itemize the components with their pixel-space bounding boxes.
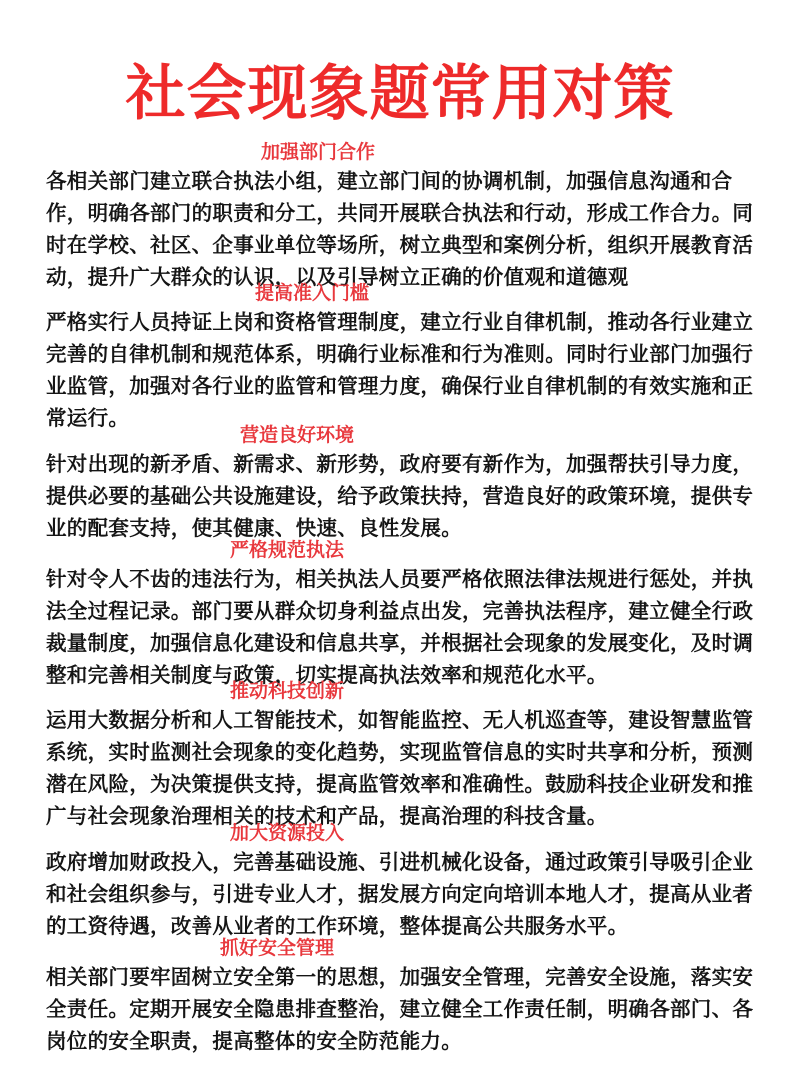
body-line: 系统，实时监测社会现象的变化趋势，实现监管信息的实时共享和分析，预测 xyxy=(46,736,746,768)
section-safety-management: 抓好安全管理 相关部门要牢固树立安全第一的思想，加强安全管理，完善安全设施，落实… xyxy=(46,935,746,1057)
body-line: 各相关部门建立联合执法小组，建立部门间的协调机制，加强信息沟通和合 xyxy=(46,165,746,197)
body-line: 和社会组织参与，引进专业人才，据发展方向定向培训本地人才，提高从业者 xyxy=(46,878,746,910)
body-line: 法全过程记录。部门要从群众切身利益点出发，完善执法程序，建立健全行政 xyxy=(46,595,746,627)
body-line: 完善的自律机制和规范体系，明确行业标准和行为准则。同时行业部门加强行 xyxy=(46,338,746,370)
body-line: 针对出现的新矛盾、新需求、新形势，政府要有新作为，加强帮扶引导力度， xyxy=(46,448,746,480)
body-line: 全责任。定期开展安全隐患排查整治，建立健全工作责任制，明确各部门、各 xyxy=(46,993,746,1025)
body-line: 提供必要的基础公共设施建设，给予政策扶持，营造良好的政策环境，提供专 xyxy=(46,480,746,512)
body-line: 相关部门要牢固树立安全第一的思想，加强安全管理，完善安全设施，落实安 xyxy=(46,961,746,993)
section-strict-enforcement: 严格规范执法 针对令人不齿的违法行为，相关执法人员要严格依照法律法规进行惩处，并… xyxy=(46,537,746,691)
body-line: 针对令人不齿的违法行为，相关执法人员要严格依照法律法规进行惩处，并执 xyxy=(46,563,746,595)
section-good-environment: 营造良好环境 针对出现的新矛盾、新需求、新形势，政府要有新作为，加强帮扶引导力度… xyxy=(46,422,746,544)
section-heading: 严格规范执法 xyxy=(230,537,800,563)
body-line: 严格实行人员持证上岗和资格管理制度，建立行业自律机制，推动各行业建立 xyxy=(46,306,746,338)
body-line: 岗位的安全职责，提高整体的安全防范能力。 xyxy=(46,1025,746,1057)
body-line: 政府增加财政投入，完善基础设施、引进机械化设备，通过政策引导吸引企业 xyxy=(46,846,746,878)
section-heading: 加强部门合作 xyxy=(261,139,800,165)
body-line: 作，明确各部门的职责和分工，共同开展联合执法和行动，形成工作合力。同 xyxy=(46,197,746,229)
body-line: 运用大数据分析和人工智能技术，如智能监控、无人机巡查等，建设智慧监管 xyxy=(46,704,746,736)
section-raise-entry-threshold: 提高准入门槛 严格实行人员持证上岗和资格管理制度，建立行业自律机制，推动各行业建… xyxy=(46,280,746,434)
body-line: 时在学校、社区、企事业单位等场所，树立典型和案例分析，组织开展教育活 xyxy=(46,229,746,261)
body-line: 裁量制度，加强信息化建设和信息共享，并根据社会现象的发展变化，及时调 xyxy=(46,627,746,659)
section-heading: 提高准入门槛 xyxy=(255,280,800,306)
section-heading: 抓好安全管理 xyxy=(220,935,800,961)
section-department-cooperation: 加强部门合作 各相关部门建立联合执法小组，建立部门间的协调机制，加强信息沟通和合… xyxy=(46,139,746,293)
body-line: 潜在风险，为决策提供支持，提高监管效率和准确性。鼓励科技企业研发和推 xyxy=(46,768,746,800)
section-heading: 加大资源投入 xyxy=(230,820,800,846)
section-heading: 营造良好环境 xyxy=(240,422,800,448)
section-heading: 推动科技创新 xyxy=(230,678,800,704)
section-tech-innovation: 推动科技创新 运用大数据分析和人工智能技术，如智能监控、无人机巡查等，建设智慧监… xyxy=(46,678,746,832)
section-resource-investment: 加大资源投入 政府增加财政投入，完善基础设施、引进机械化设备，通过政策引导吸引企… xyxy=(46,820,746,942)
body-line: 业监管，加强对各行业的监管和管理力度，确保行业自律机制的有效实施和正 xyxy=(46,370,746,402)
page-title: 社会现象题常用对策 xyxy=(0,58,800,130)
